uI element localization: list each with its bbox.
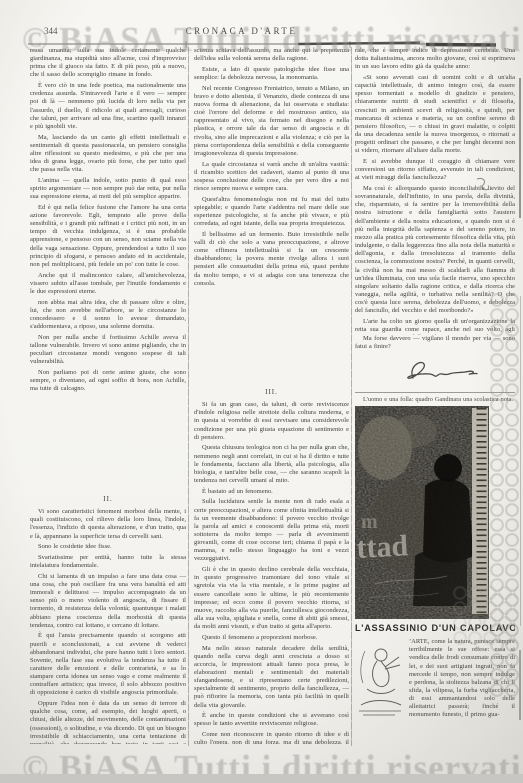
paragraph: Vi sono caratteristici fenomeni morbosi … bbox=[30, 508, 186, 541]
svg-text:ttad: ttad bbox=[356, 529, 410, 565]
paragraph: Oppure l'idea non è data da un senso di … bbox=[30, 700, 186, 744]
paragraph: Non per nulla anche il fortissimo Achill… bbox=[30, 334, 186, 367]
middle-column-section-2: Si fa un gran caso, da taluni, di certe … bbox=[194, 401, 349, 744]
paragraph: Questo il fenomeno a proporzioni morbose… bbox=[194, 634, 349, 642]
scan-edge-artifact bbox=[519, 78, 521, 218]
paragraph: È qui l'ansia precisamente quando si sco… bbox=[30, 632, 186, 697]
paragraph: Ma nello stesso naturale decadere della … bbox=[194, 645, 349, 710]
article-headline: L'ASSASSINIO D'UN CAPOLAVORO bbox=[355, 624, 515, 632]
illustration-caption: L'uomo e una folla: quadro Gandinara una… bbox=[355, 396, 515, 404]
paragraph: L'anima — quella indole, sotto punto di … bbox=[30, 177, 186, 201]
left-column: ressa umanità; sulla sua indole certamen… bbox=[30, 47, 186, 746]
paragraph: Ed è qui nella felice fusione che l'amor… bbox=[30, 204, 186, 269]
paragraph: È anche in queste condizioni che si avve… bbox=[194, 712, 349, 728]
middle-column-section-1: scienza schiava dell'assurdo, ma anche q… bbox=[194, 47, 349, 383]
paragraph: Ma così è: allorquando questo inconcilia… bbox=[355, 185, 515, 316]
paragraph: «Si sono avverati casi di uomini colti e… bbox=[355, 74, 515, 156]
paragraph: La quale circostanza si varrà anche di u… bbox=[194, 161, 349, 194]
paragraph: Sono le cosidette idee fisse. bbox=[30, 543, 186, 551]
paragraph: Il bellissimo ad un fermento. Buio irres… bbox=[194, 231, 349, 288]
paragraph: Ma, lasciando da un canto gli effetti in… bbox=[30, 134, 186, 175]
paragraph: L'arte ha colto un giorno quella di un'o… bbox=[355, 318, 515, 335]
closing-line: Ma forse davvero — vigilano il mondo per… bbox=[355, 335, 515, 351]
paragraph: Si fa un gran caso, da taluni, di certe … bbox=[194, 401, 349, 442]
decorative-initial-icon bbox=[355, 639, 405, 719]
section-divider: III. bbox=[194, 388, 349, 396]
right-column-article-end: rale, che è sempre indice di depressione… bbox=[355, 47, 515, 335]
paragraph: È bastato ad un fenomeno. bbox=[194, 488, 349, 496]
paragraph: E si avrebbe dunque il coraggio di chiam… bbox=[355, 158, 515, 182]
scanned-journal-page: © BiASA Tutti i diritti riservati © BiAS… bbox=[0, 0, 523, 783]
paragraph: Esiste, a lato di queste patologiche ide… bbox=[194, 66, 349, 82]
author-signature bbox=[355, 354, 515, 390]
paragraph: Nel recente Congresso Freniatrico, tenut… bbox=[194, 85, 349, 158]
article-lead: ’ARTE, come la natura, punisce sempre te… bbox=[355, 638, 515, 720]
section-divider: II. bbox=[30, 495, 186, 503]
column-divider-right bbox=[351, 47, 352, 746]
margin-ink-mark bbox=[473, 175, 491, 195]
article-illustration: ttad m bbox=[355, 406, 489, 619]
signature-flourish-icon bbox=[397, 354, 487, 388]
svg-text:m: m bbox=[361, 511, 378, 533]
paragraph: Svariatissime per entità, hanno tutte la… bbox=[30, 554, 186, 570]
paragraph: Non parliamo poi di certe anime giuste, … bbox=[30, 369, 186, 393]
scan-edge-artifact bbox=[520, 296, 521, 626]
left-column-section-2: Vi sono caratteristici fenomeni morbosi … bbox=[30, 508, 186, 744]
lead-text: ’ARTE, come la natura, punisce sempre te… bbox=[409, 638, 515, 718]
paragraph: Quest'altra fenomenologia non mi fu mai … bbox=[194, 196, 349, 229]
right-column: rale, che è sempre indice di depressione… bbox=[355, 47, 515, 746]
paragraph: Chi si lamenta di un impulso a fare una … bbox=[30, 573, 186, 630]
watermark-top: © BiASA Tutti i diritti riservati bbox=[22, 20, 522, 60]
left-column-section-1: ressa umanità; sulla sua indole certamen… bbox=[30, 47, 186, 490]
paragraph: È vero ciò in una fede poetica, ma razio… bbox=[30, 82, 186, 131]
paragraph: Gli è che in questo declino cerebrale de… bbox=[194, 566, 349, 631]
column-divider-left bbox=[188, 47, 189, 746]
paragraph: non abbia mai altra idea, che di passare… bbox=[30, 299, 186, 332]
paragraph: Questa chiusura teologica non ci ha per … bbox=[194, 444, 349, 485]
scan-bottom-band bbox=[0, 774, 523, 783]
paragraph: Come non riconoscere in questo ritorno d… bbox=[194, 731, 349, 744]
article-end-rule bbox=[355, 392, 515, 393]
paragraph: Sulla lucidatura senile la mente non di … bbox=[194, 498, 349, 563]
middle-column: scienza schiava dell'assurdo, ma anche q… bbox=[194, 47, 349, 746]
scan-edge-artifact bbox=[519, 650, 521, 720]
paragraph: Anche qui il malinconico calare, all'ami… bbox=[30, 272, 186, 296]
